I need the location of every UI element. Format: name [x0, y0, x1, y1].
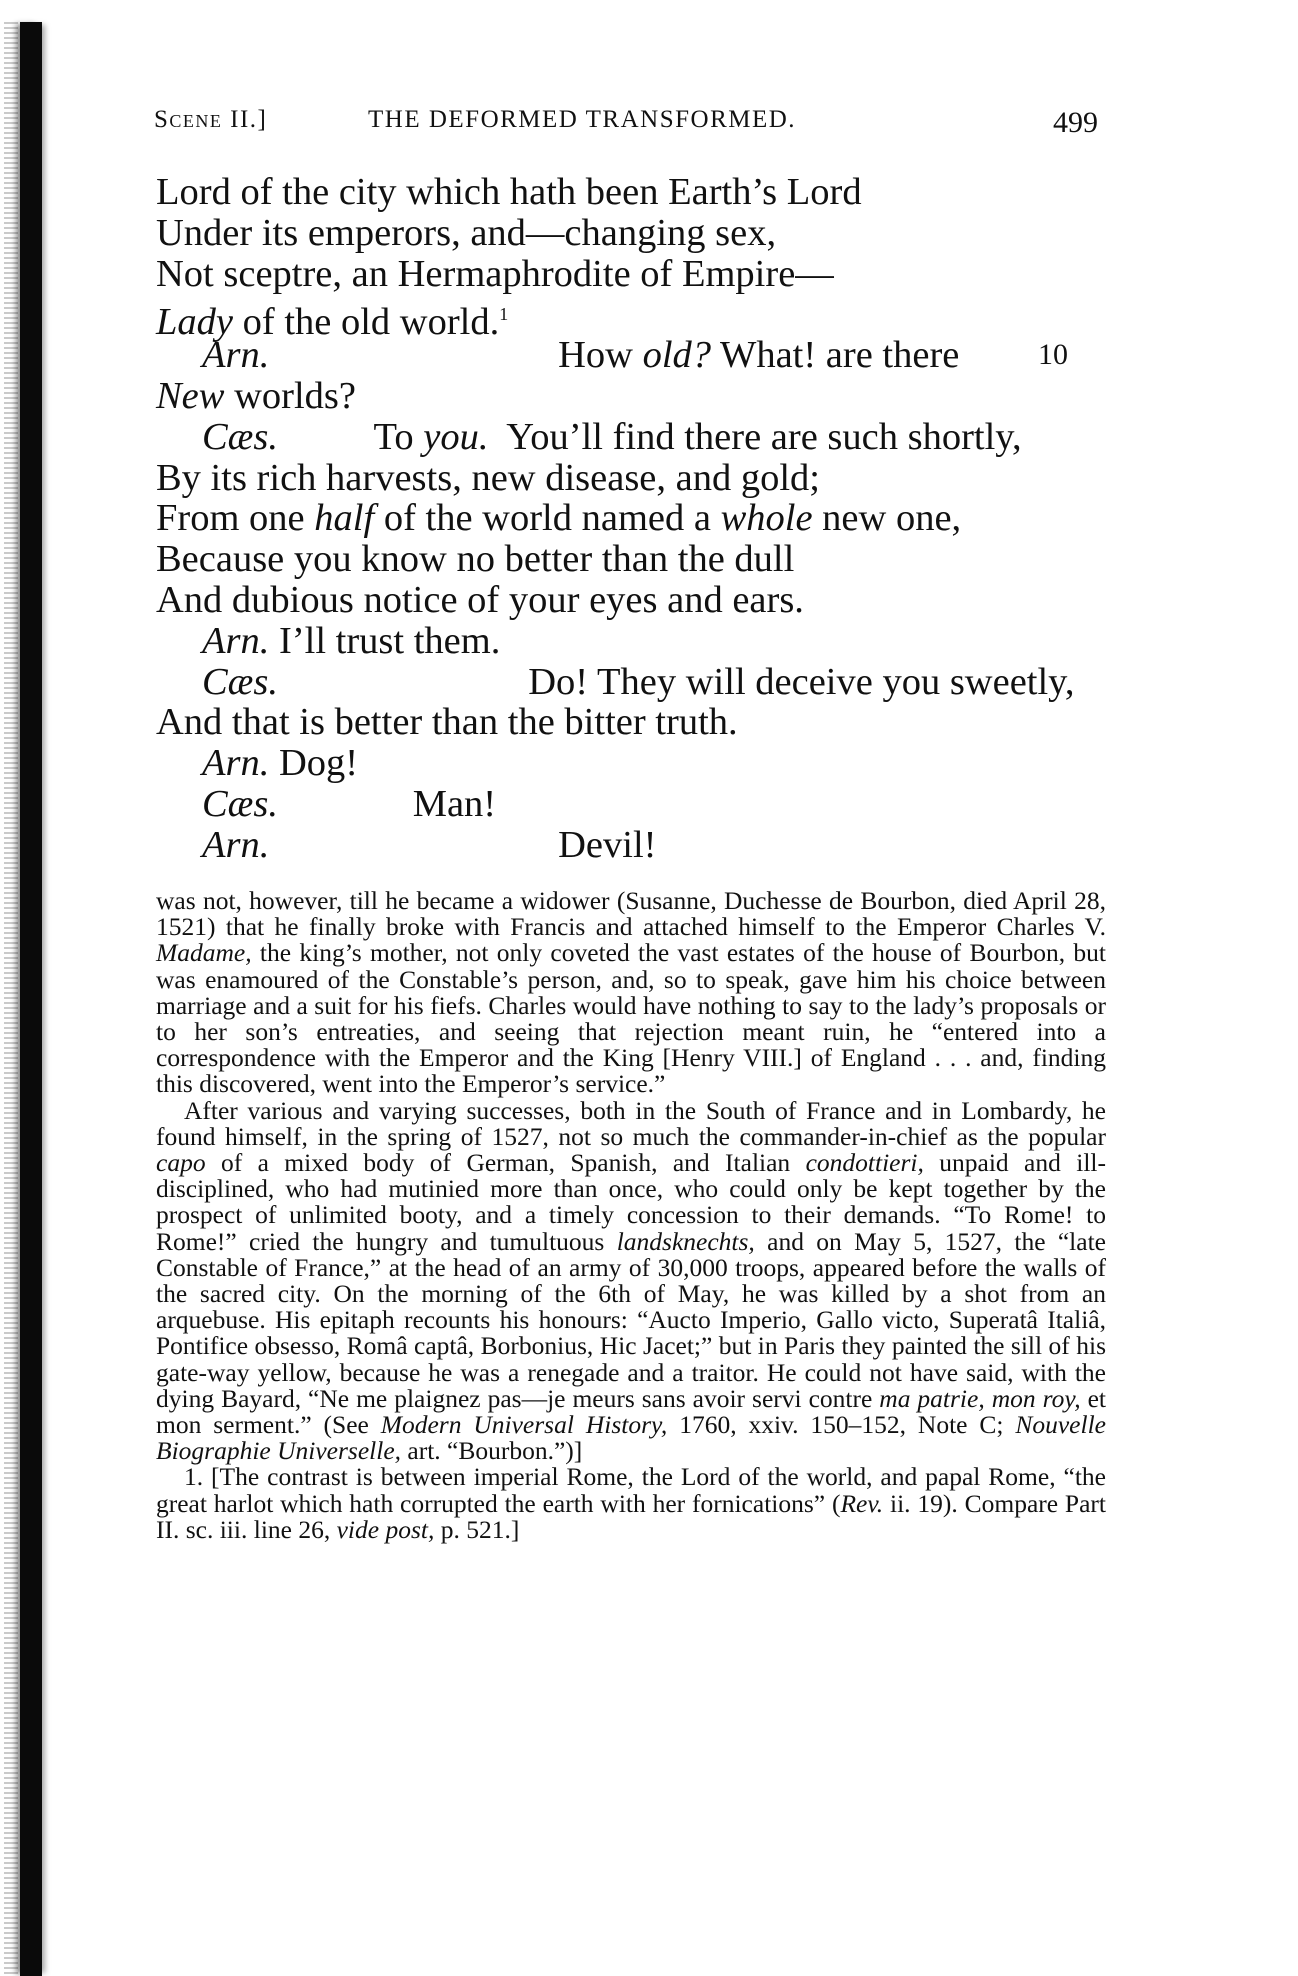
verse-line: Arn. Devil! [156, 825, 1116, 866]
verse-line: Not sceptre, an Hermaphrodite of Empire— [156, 254, 1116, 295]
italic-word: old? [643, 334, 711, 376]
line-text: I’ll trust them. [269, 620, 500, 662]
footnote-1: 1. [The contrast is between imperial Rom… [156, 1464, 1106, 1543]
line-text: And that is better than the bitter truth… [156, 701, 738, 743]
verse-line: Because you know no better than the dull [156, 539, 1116, 580]
line-number: 10 [1038, 335, 1068, 376]
line-text: By its rich harvests, new disease, and g… [156, 457, 820, 499]
verse-line: Arn. I’ll trust them. [156, 621, 1116, 662]
italic-word: ma patrie, mon roy, [879, 1384, 1080, 1413]
italic-word: Madame, [156, 938, 252, 967]
line-text: Because you know no better than the dull [156, 538, 794, 580]
speaker-name: Arn. [202, 334, 269, 376]
verse-line: Lady of the old world.1 [156, 294, 1116, 335]
italic-word: New [156, 375, 224, 417]
spacer [269, 824, 558, 866]
note-text: was not, however, till he became a widow… [156, 886, 1106, 941]
line-text: Dog! [269, 742, 358, 784]
note-paragraph: After various and varying successes, bot… [156, 1098, 1106, 1465]
spacer [278, 416, 374, 458]
verse-line: Cæs. Man! [156, 784, 1116, 825]
line-text: You’ll find there are such shortly, [488, 416, 1021, 458]
verse-block: Lord of the city which hath been Earth’s… [156, 172, 1116, 866]
speaker-name: Arn. [202, 742, 269, 784]
italic-word: capo [156, 1148, 206, 1177]
verse-line: And dubious notice of your eyes and ears… [156, 580, 1116, 621]
line-text: Do! They will deceive you sweetly, [528, 661, 1074, 703]
line-text: Under its emperors, and—changing sex, [156, 212, 776, 254]
note-paragraph-continued: was not, however, till he became a widow… [156, 888, 1106, 1098]
line-text: From one [156, 497, 314, 539]
speaker-name: Cæs. [202, 661, 278, 703]
footnote-marker: 1 [499, 304, 508, 324]
speaker-name: Arn. [202, 824, 269, 866]
verse-line: And that is better than the bitter truth… [156, 702, 1116, 743]
running-header: Scene II.] THE DEFORMED TRANSFORMED. 499 [154, 106, 1098, 136]
running-title: THE DEFORMED TRANSFORMED. [368, 106, 796, 134]
verse-line: By its rich harvests, new disease, and g… [156, 458, 1116, 499]
verse-line: From one half of the world named a whole… [156, 498, 1116, 539]
scene-label: Scene II.] [154, 106, 267, 134]
speaker-name: Cæs. [202, 783, 278, 825]
scan-shadow [4, 22, 18, 1976]
speaker-name: Arn. [202, 620, 269, 662]
italic-word: whole [721, 497, 813, 539]
note-text: 1760, xxiv. 150–152, Note C; [667, 1410, 1015, 1439]
spacer [269, 334, 558, 376]
note-text: the king’s mother, not only coveted the … [156, 938, 1106, 1098]
verse-line: Cæs. To you. You’ll find there are such … [156, 417, 1116, 458]
italic-word: you. [423, 416, 488, 458]
verse-line: Arn. Dog! [156, 743, 1116, 784]
line-text: To [374, 416, 424, 458]
line-text: And dubious notice of your eyes and ears… [156, 579, 804, 621]
verse-line: Under its emperors, and—changing sex, [156, 213, 1116, 254]
italic-citation: Rev. [840, 1489, 883, 1518]
line-text: Man! [413, 783, 496, 825]
line-text: Lord of the city which hath been Earth’s… [156, 171, 862, 213]
book-binding-edge [20, 22, 42, 1976]
line-text: What! are there [711, 334, 959, 376]
line-text: Devil! [558, 824, 656, 866]
line-text: How [558, 334, 642, 376]
note-text: of a mixed body of German, Spanish, and … [206, 1148, 806, 1177]
line-text: worlds? [224, 375, 356, 417]
page-number: 499 [1053, 106, 1098, 140]
verse-line: Cæs. Do! They will deceive you sweetly, [156, 662, 1116, 703]
note-text: art. “Bourbon.”)] [401, 1436, 582, 1465]
italic-word: vide post, [337, 1515, 435, 1544]
spacer [278, 783, 413, 825]
italic-citation: Modern Universal History, [381, 1410, 668, 1439]
line-text: new one, [813, 497, 962, 539]
editorial-notes: was not, however, till he became a widow… [156, 888, 1106, 1543]
line-text: Not sceptre, an Hermaphrodite of Empire— [156, 253, 834, 295]
italic-word: condottieri, [806, 1148, 924, 1177]
italic-word: half [314, 497, 374, 539]
spacer [278, 661, 528, 703]
verse-line: Arn. How old? What! are there10 [156, 335, 1116, 376]
line-text: of the world named a [374, 497, 720, 539]
verse-line: New worlds? [156, 376, 1116, 417]
verse-line: Lord of the city which hath been Earth’s… [156, 172, 1116, 213]
note-text: p. 521.] [434, 1515, 519, 1544]
italic-word: landsknechts, [617, 1227, 755, 1256]
speaker-name: Cæs. [202, 416, 278, 458]
note-text: After various and varying successes, bot… [156, 1096, 1106, 1151]
